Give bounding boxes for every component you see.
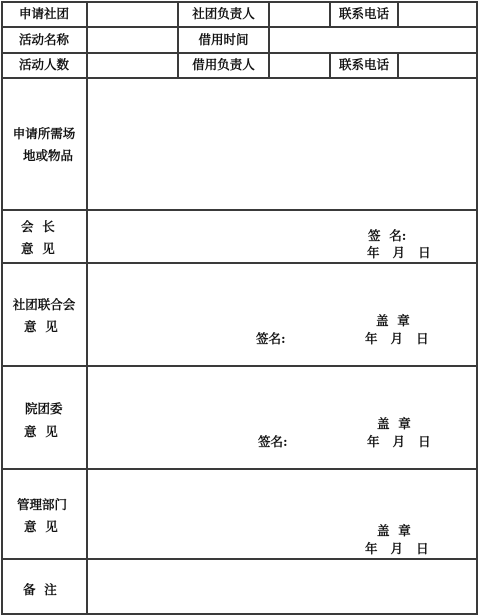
phone-field[interactable] — [399, 3, 475, 26]
participants-field[interactable] — [88, 54, 176, 77]
phone-field-2[interactable] — [399, 54, 475, 77]
club-label: 申请社团 — [1, 7, 87, 21]
management-date-label: 年 月 日 — [365, 542, 429, 556]
club-leader-field[interactable] — [270, 3, 328, 26]
management-seal-label: 盖 章 — [377, 524, 411, 538]
president-date-label: 年 月 日 — [367, 246, 431, 260]
president-signature-label: 签 名: — [368, 229, 406, 243]
club-leader-label: 社团负责人 — [178, 7, 269, 21]
union-seal-label: 盖 章 — [376, 314, 410, 328]
youth-league-date-label: 年 月 日 — [367, 435, 431, 449]
management-label-line2: 意 见 — [24, 520, 58, 534]
remarks-label: 备 注 — [23, 583, 57, 597]
venue-items-label-line1: 申请所需场 — [1, 127, 87, 141]
venue-items-label-line2: 地或物品 — [23, 149, 73, 163]
management-label-line1: 管理部门 — [17, 498, 67, 512]
remarks-field[interactable] — [88, 560, 475, 613]
application-form: 申请社团 社团负责人 联系电话 活动名称 借用时间 活动人数 借用负责人 联系电… — [1, 1, 477, 614]
youth-league-seal-label: 盖 章 — [377, 417, 411, 431]
phone-label-2: 联系电话 — [330, 58, 398, 72]
president-opinion-label-line2: 意 见 — [21, 242, 55, 256]
union-opinion-label-line1: 社团联合会 — [1, 298, 87, 312]
activity-name-field[interactable] — [88, 28, 176, 52]
venue-items-field[interactable] — [88, 79, 475, 209]
activity-name-label: 活动名称 — [1, 33, 87, 47]
union-date-label: 年 月 日 — [365, 332, 429, 346]
youth-league-label-line1: 院团委 — [25, 402, 63, 416]
club-field[interactable] — [88, 3, 176, 26]
president-opinion-label-line1: 会 长 — [21, 220, 55, 234]
borrow-time-field[interactable] — [270, 28, 475, 52]
borrow-leader-field[interactable] — [270, 54, 328, 77]
table-border-right — [476, 1, 478, 615]
borrow-leader-label: 借用负责人 — [178, 58, 269, 72]
youth-league-signature-label: 签名: — [258, 435, 288, 449]
participants-label: 活动人数 — [1, 58, 87, 72]
youth-league-opinion-field[interactable] — [88, 367, 475, 468]
union-opinion-field[interactable] — [88, 264, 475, 365]
youth-league-label-line2: 意 见 — [24, 425, 58, 439]
borrow-time-label: 借用时间 — [178, 33, 269, 47]
union-opinion-label-line2: 意 见 — [24, 320, 58, 334]
union-signature-label: 签名: — [256, 332, 286, 346]
phone-label: 联系电话 — [330, 7, 398, 21]
table-border-bottom — [1, 613, 478, 615]
